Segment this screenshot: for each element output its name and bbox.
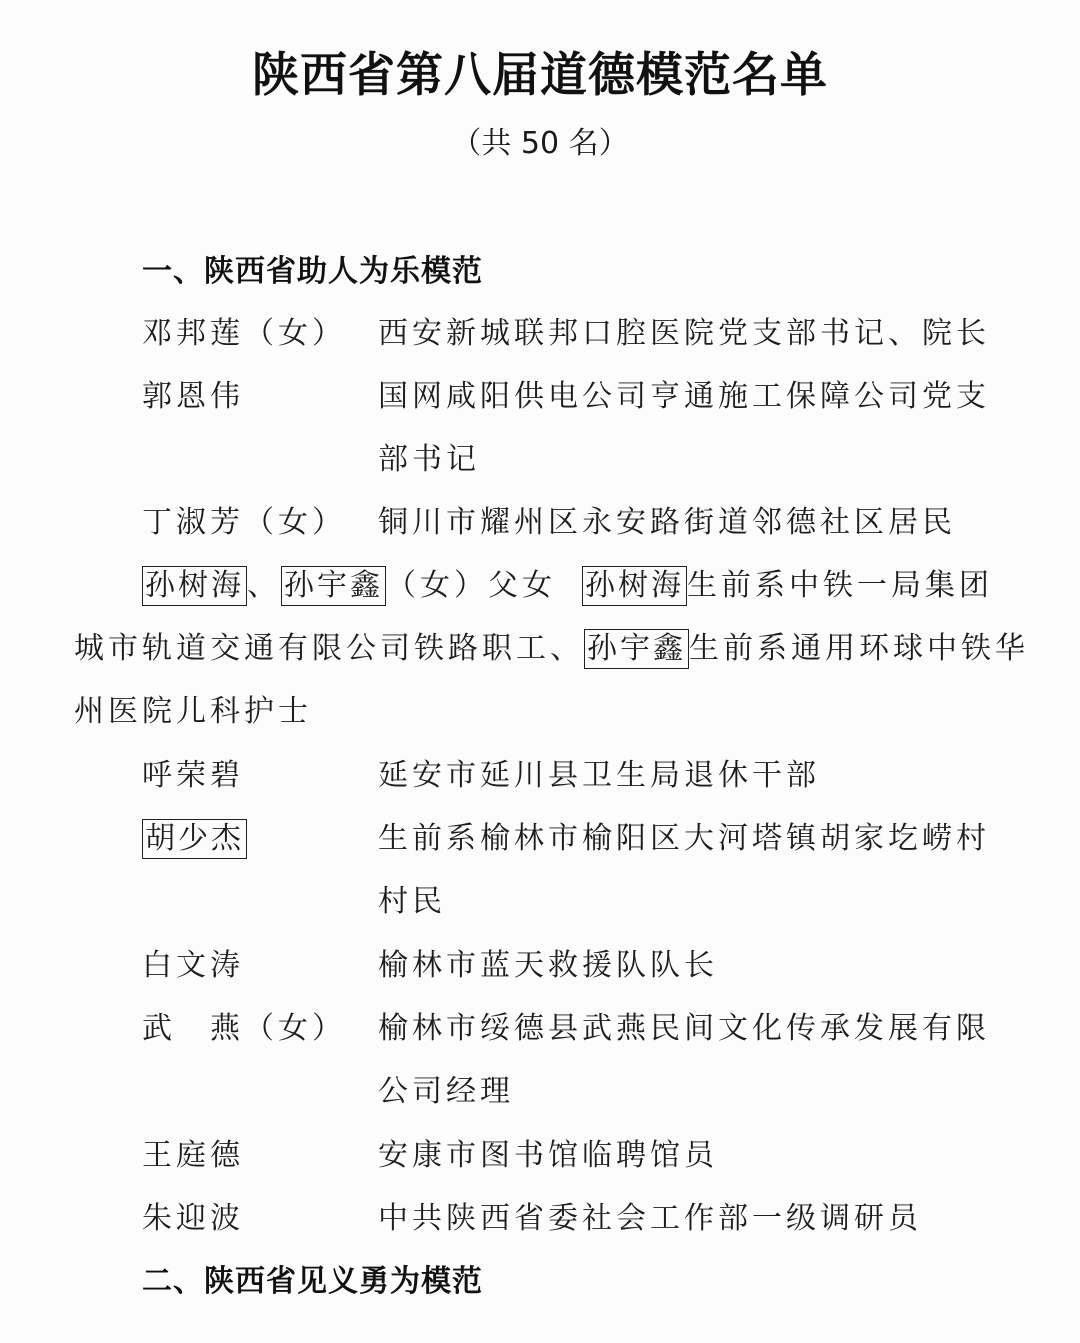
document-subtitle: （共 50 名） — [0, 122, 1080, 166]
boxed-name: 孙树海 — [142, 566, 247, 606]
entry-name: 呼荣碧 — [142, 754, 244, 798]
entry-name: 丁淑芳（女） — [142, 501, 346, 545]
entry-desc: 生前系中铁一局集团 — [687, 568, 993, 603]
entry-desc: 榆林市蓝天救援队队长 — [378, 944, 718, 988]
boxed-name: 孙宇鑫 — [584, 629, 689, 669]
entry-desc: 榆林市绥德县武燕民间文化传承发展有限 — [378, 1007, 990, 1051]
section-heading-1: 一、陕西省助人为乐模范 — [142, 250, 483, 294]
entry-desc-cont: 公司经理 — [378, 1070, 514, 1114]
entry-name: 白文涛 — [142, 944, 244, 988]
entry-desc-cont: 部书记 — [378, 438, 480, 482]
entry-desc: 铜川市耀州区永安路街道邻德社区居民 — [378, 501, 956, 545]
entry-name-boxed-wrapper: 胡少杰 — [142, 817, 247, 861]
entry-name: 武 燕（女） — [142, 1007, 346, 1051]
separator: 、 — [247, 568, 281, 603]
entry-name-suffix: （女）父女 — [386, 568, 556, 603]
entry-name: 朱迎波 — [142, 1197, 244, 1241]
entry-father-daughter-line-3: 州医院儿科护士 — [74, 690, 312, 734]
entry-desc: 西安新城联邦口腔医院党支部书记、院长 — [378, 312, 990, 356]
entry-name: 王庭德 — [142, 1134, 244, 1178]
entry-desc: 城市轨道交通有限公司铁路职工、 — [74, 631, 584, 666]
boxed-name: 胡少杰 — [142, 819, 247, 859]
entry-desc: 延安市延川县卫生局退休干部 — [378, 754, 820, 798]
entry-father-daughter-line-1: 孙树海、孙宇鑫（女）父女孙树海生前系中铁一局集团 — [142, 564, 993, 608]
entry-desc: 安康市图书馆临聘馆员 — [378, 1134, 718, 1178]
boxed-name: 孙宇鑫 — [281, 566, 386, 606]
entry-name: 郭恩伟 — [142, 375, 244, 419]
boxed-name: 孙树海 — [582, 566, 687, 606]
entry-desc: 中共陕西省委社会工作部一级调研员 — [378, 1197, 922, 1241]
entry-name: 邓邦莲（女） — [142, 312, 346, 356]
document-page: 陕西省第八届道德模范名单 （共 50 名） 一、陕西省助人为乐模范 邓邦莲（女）… — [0, 0, 1080, 1343]
entry-desc: 生前系通用环球中铁华 — [689, 631, 1029, 666]
entry-desc-cont: 村民 — [378, 880, 446, 924]
entry-desc: 生前系榆林市榆阳区大河塔镇胡家圪崂村 — [378, 817, 990, 861]
entry-desc: 国网咸阳供电公司亨通施工保障公司党支 — [378, 375, 990, 419]
document-title: 陕西省第八届道德模范名单 — [0, 46, 1080, 106]
entry-father-daughter-line-2: 城市轨道交通有限公司铁路职工、孙宇鑫生前系通用环球中铁华 — [74, 627, 1029, 671]
section-heading-2: 二、陕西省见义勇为模范 — [142, 1260, 483, 1304]
